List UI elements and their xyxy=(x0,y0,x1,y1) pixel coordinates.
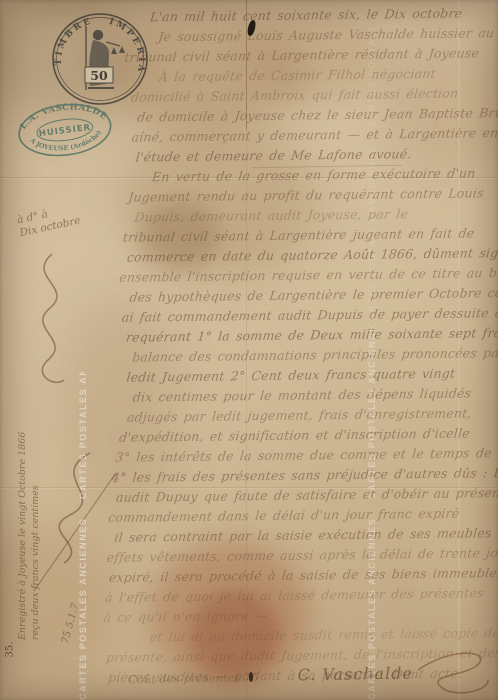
manuscript-page: TIMBRE IMPERIAL 50 L.A. VASCHA xyxy=(0,0,498,700)
huissier-office-stamp: L.A. VASCHALDE HUISSIER A JOYEUSE (Ardèc… xyxy=(13,96,117,166)
handwritten-body: L'an mil huit cent soixante six, le Dix … xyxy=(96,3,498,688)
registration-line: reçu deux francs vingt centimes xyxy=(29,378,42,640)
stamp-arc-text-left: TIMBRE xyxy=(54,16,94,65)
margin-date-note: à d° à Dix octobre xyxy=(16,202,82,240)
paraph-flourish xyxy=(24,248,80,398)
timbre-imperial-stamp: TIMBRE IMPERIAL 50 xyxy=(48,10,152,110)
stamp-value-tablet: 50 xyxy=(85,67,113,83)
svg-text:50: 50 xyxy=(90,68,108,83)
ink-blot xyxy=(249,672,253,682)
fee-note: 75 5.1.7 xyxy=(60,602,81,645)
office-stamp-title: HUISSIER xyxy=(38,123,91,139)
registration-note: Enregistré à Joyeuse le vingt Octobre 18… xyxy=(16,378,42,640)
registration-line: Enregistré à Joyeuse le vingt Octobre 18… xyxy=(16,378,29,640)
corner-number: 35. xyxy=(4,642,15,658)
huissier-signature: C. Vaschalde xyxy=(263,664,413,686)
cost-note: Coût des présentes 75 xyxy=(128,670,259,686)
